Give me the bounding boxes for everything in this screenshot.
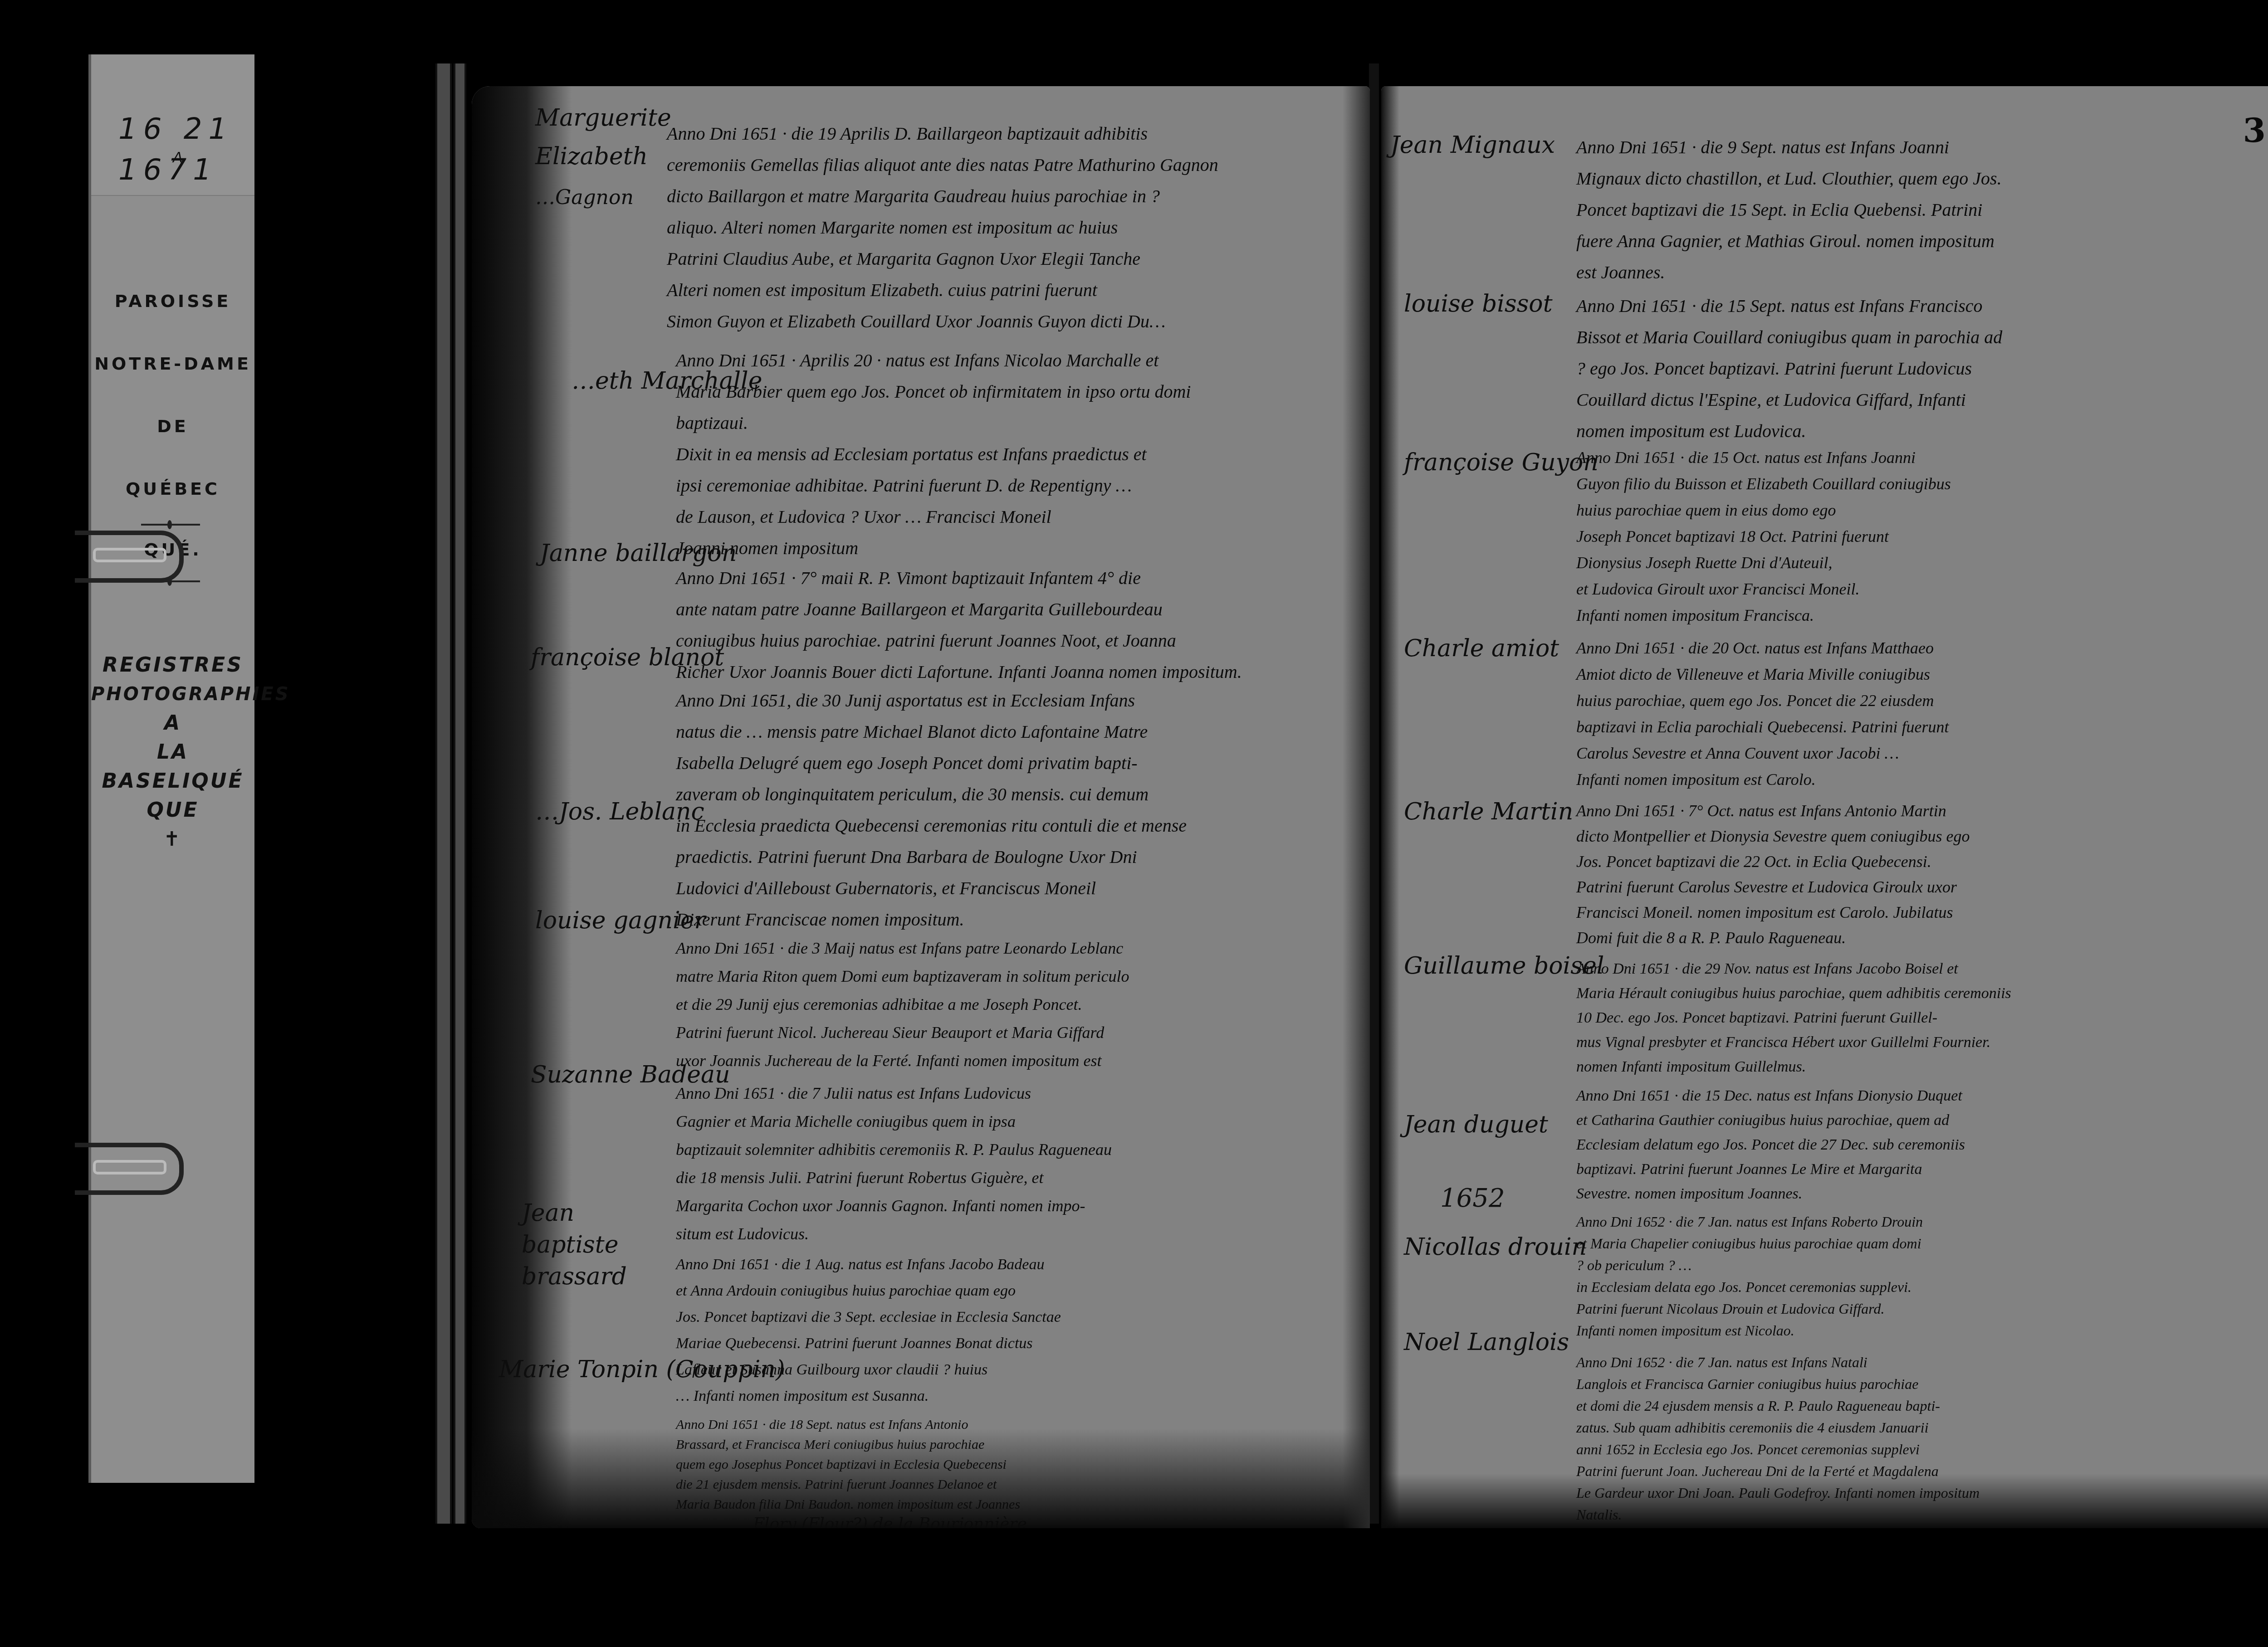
book-gutter bbox=[1369, 63, 1379, 1524]
registres-line: PHOTOGRAPHIES bbox=[91, 680, 254, 709]
baptism-entry: Anno Dni 1652 · die 7 Jan. natus est Inf… bbox=[1576, 1211, 1923, 1341]
page-shadow bbox=[472, 1428, 1370, 1528]
registres-label: REGISTRES PHOTOGRAPHIES A LA BASELIQUÉ Q… bbox=[91, 651, 254, 854]
baptism-entry: Anno Dni 1651 · die 20 Oct. natus est In… bbox=[1576, 635, 1949, 793]
margin-name: Charle amiot bbox=[1404, 635, 1559, 662]
margin-name: françoise Guyon bbox=[1404, 449, 1598, 476]
margin-name: Charle Martin bbox=[1404, 798, 1573, 825]
paper-clip-icon bbox=[75, 1143, 184, 1195]
baptism-entry: Anno Dni 1651, die 30 Junij asportatus e… bbox=[676, 685, 1187, 935]
paper-clip-icon bbox=[75, 531, 184, 583]
margin-name: Marguerite bbox=[535, 104, 671, 132]
margin-name: Elizabeth bbox=[535, 143, 648, 170]
registres-line: LA bbox=[91, 738, 254, 767]
margin-name: Jean Mignaux bbox=[1390, 132, 1555, 159]
page-number: 33 bbox=[2243, 111, 2268, 150]
parish-line: NOTRE-DAME bbox=[91, 332, 254, 395]
book-cover-edge bbox=[435, 63, 452, 1524]
margin-name: louise bissot bbox=[1404, 290, 1553, 317]
card-divider bbox=[141, 524, 200, 526]
cross-mark: ✝ bbox=[91, 825, 254, 854]
page-shadow bbox=[1381, 1474, 2268, 1528]
baptism-entry: Anno Dni 1651 · die 15 Dec. natus est In… bbox=[1576, 1084, 1965, 1206]
baptism-entry: Anno Dni 1651 · die 1 Aug. natus est Inf… bbox=[676, 1252, 1061, 1409]
card-date-flap: 16 21 A 1671 bbox=[91, 54, 254, 196]
baptism-entry: Anno Dni 1651 · die 9 Sept. natus est In… bbox=[1576, 132, 2002, 288]
register-page-left: Marguerite Elizabeth …Gagnon …eth Marcha… bbox=[472, 86, 1370, 1528]
parish-line: QUÉBEC bbox=[91, 458, 254, 520]
book-page-stack-edge bbox=[454, 63, 466, 1524]
margin-name: …Gagnon bbox=[535, 186, 634, 209]
margin-name: Jean duguet bbox=[1404, 1111, 1548, 1138]
year-heading: 1652 bbox=[1440, 1184, 1505, 1213]
parish-label: PAROISSE NOTRE-DAME DE QUÉBEC bbox=[91, 270, 254, 520]
baptism-entry: Anno Dni 1651 · die 19 Aprilis D. Bailla… bbox=[667, 118, 1218, 337]
registres-line: QUE bbox=[91, 796, 254, 825]
baptism-entry: Anno Dni 1651 · die 15 Oct. natus est In… bbox=[1576, 444, 1951, 629]
registres-line: BASELIQUÉ bbox=[91, 767, 254, 796]
baptism-entry: Anno Dni 1651 · die 7 Julii natus est In… bbox=[676, 1079, 1112, 1248]
baptism-entry: Anno Dni 1651 · 7° Oct. natus est Infans… bbox=[1576, 798, 1970, 950]
parish-line: PAROISSE bbox=[91, 270, 254, 332]
register-page-right: 33 Jean Mignaux louise bissot françoise … bbox=[1381, 86, 2268, 1528]
margin-name: Guillaume boisel bbox=[1404, 952, 1604, 979]
margin-name: Noel Langlois bbox=[1404, 1329, 1569, 1356]
margin-name: Jean baptiste brassard bbox=[522, 1197, 676, 1292]
baptism-entry: Anno Dni 1651 · die 15 Sept. natus est I… bbox=[1576, 290, 2002, 447]
year-to: 1671 bbox=[118, 153, 218, 187]
index-card: 16 21 A 1671 PAROISSE NOTRE-DAME DE QUÉB… bbox=[88, 54, 254, 1483]
card-year-range: 16 21 A 1671 bbox=[118, 109, 233, 190]
baptism-entry: Anno Dni 1651 · die 3 Maij natus est Inf… bbox=[676, 934, 1129, 1075]
registres-line: A bbox=[91, 709, 254, 738]
baptism-entry: Anno Dni 1651 · 7° maii R. P. Vimont bap… bbox=[676, 562, 1242, 687]
baptism-entry: Anno Dni 1651 · Aprilis 20 · natus est I… bbox=[676, 345, 1191, 564]
baptism-entry: Anno Dni 1651 · die 29 Nov. natus est In… bbox=[1576, 957, 2011, 1079]
registres-line: REGISTRES bbox=[91, 651, 254, 680]
parish-line: DE bbox=[91, 395, 254, 458]
year-separator: A bbox=[173, 137, 183, 178]
margin-name: Nicollas drouin bbox=[1404, 1233, 1587, 1261]
